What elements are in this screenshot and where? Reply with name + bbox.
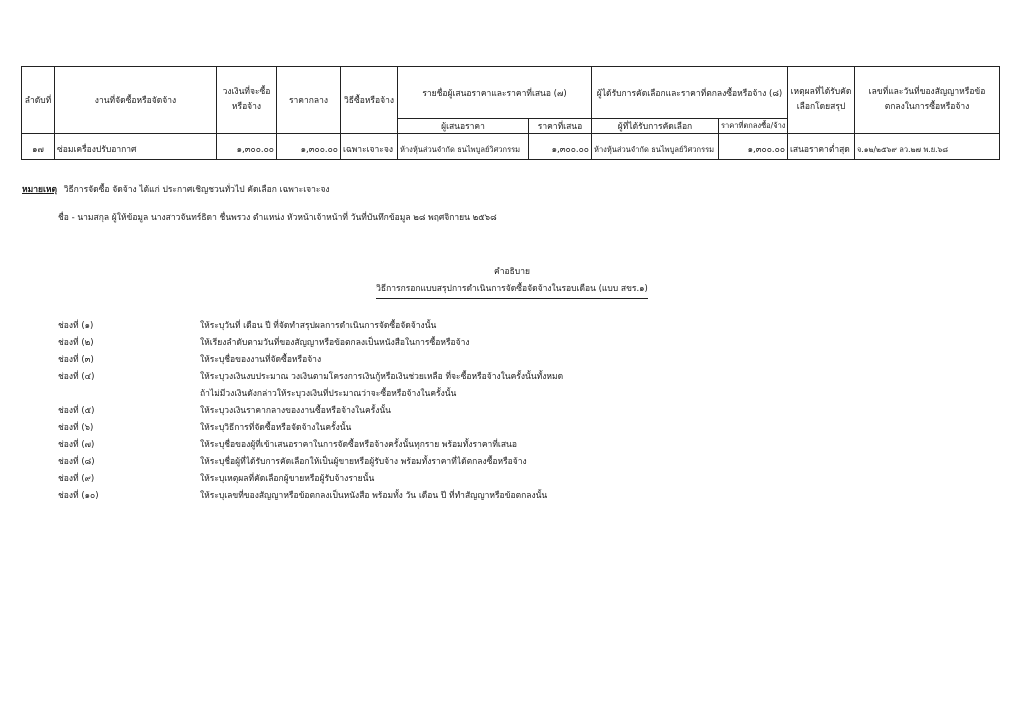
- header-agreed-price: ราคาที่ตกลงซื้อ/จ้าง: [719, 119, 788, 134]
- header-bid-price: ราคาที่เสนอ: [529, 119, 592, 134]
- explanation-item-text: ให้ระบุชื่อผู้ที่ได้รับการคัดเลือกให้เป็…: [200, 454, 527, 468]
- header-method: วิธีซื้อหรือจ้าง: [341, 67, 398, 134]
- notes-text: วิธีการจัดซื้อ จัดจ้าง ได้แก่ ประกาศเชิญ…: [64, 185, 330, 195]
- explanation-item-text: ให้เรียงลำดับตามวันที่ของสัญญาหรือข้อตกล…: [200, 335, 470, 349]
- explanation-item-text: ให้ระบุเหตุผลที่คัดเลือกผู้ขายหรือผู้รับ…: [200, 471, 374, 485]
- explanation-item-label: ช่องที่ (๑): [58, 318, 93, 332]
- cell-bidder: ห้างหุ้นส่วนจำกัด ธนไพบูลย์วิศวกรรม: [398, 134, 529, 160]
- notes-label: หมายเหตุ: [22, 185, 57, 195]
- cell-bid-price: ๑,๓๐๐.๐๐: [529, 134, 592, 160]
- explanation-item-text: ให้ระบุเลขที่ของสัญญาหรือข้อตกลงเป็นหนัง…: [200, 488, 547, 502]
- cell-median-price: ๑,๓๐๐.๐๐: [277, 134, 341, 160]
- explanation-item-label: ช่องที่ (๕): [58, 403, 94, 417]
- explanation-item-text: ถ้าไม่มีวงเงินดังกล่าวให้ระบุวงเงินที่ปร…: [200, 386, 456, 400]
- header-bidder: ผู้เสนอราคา: [398, 119, 529, 134]
- header-selected-group: ผู้ได้รับการคัดเลือกและราคาที่ตกลงซื้อหร…: [592, 67, 788, 119]
- explanation-item-label: ช่องที่ (๖): [58, 420, 93, 434]
- header-bidders-group: รายชื่อผู้เสนอราคาและราคาที่เสนอ (๗): [398, 67, 592, 119]
- explanation-title: คำอธิบาย: [0, 264, 1024, 278]
- explanation-item-label: ช่องที่ (๒): [58, 335, 94, 349]
- explanation-subtitle: วิธีการกรอกแบบสรุปการดำเนินการจัดซื้อจัด…: [0, 281, 1024, 295]
- explanation-item-label: ช่องที่ (๙): [58, 471, 94, 485]
- cell-budget: ๑,๓๐๐.๐๐: [217, 134, 277, 160]
- cell-no: ๑๗: [22, 134, 55, 160]
- recorder-info: ชื่อ - นามสกุล ผู้ให้ข้อมูล นางสาวจันทร์…: [58, 210, 497, 224]
- explanation-item-text: ให้ระบุชื่อของผู้ที่เข้าเสนอราคาในการจัด…: [200, 437, 517, 451]
- header-contract: เลขที่และวันที่ของสัญญาหรือข้อตกลงในการซ…: [855, 67, 1000, 134]
- explanation-subtitle-text: วิธีการกรอกแบบสรุปการดำเนินการจัดซื้อจัด…: [376, 284, 648, 299]
- header-work: งานที่จัดซื้อหรือจัดจ้าง: [55, 67, 217, 134]
- cell-work: ซ่อมเครื่องปรับอากาศ: [55, 134, 217, 160]
- header-median-price: ราคากลาง: [277, 67, 341, 134]
- explanation-item-label: ช่องที่ (๗): [58, 437, 94, 451]
- cell-contract: จ.๑๒/๒๕๖๙ ลว.๒๗ พ.ย.๖๘: [855, 134, 1000, 160]
- cell-reason: เสนอราคาต่ำสุด: [788, 134, 855, 160]
- cell-agreed-price: ๑,๓๐๐.๐๐: [719, 134, 788, 160]
- table-row: ๑๗ ซ่อมเครื่องปรับอากาศ ๑,๓๐๐.๐๐ ๑,๓๐๐.๐…: [22, 134, 1000, 160]
- cell-selected: ห้างหุ้นส่วนจำกัด ธนไพบูลย์วิศวกรรม: [592, 134, 719, 160]
- explanation-item-label: ช่องที่ (๔): [58, 369, 94, 383]
- explanation-item-text: ให้ระบุชื่อของงานที่จัดซื้อหรือจ้าง: [200, 352, 321, 366]
- header-selected: ผู้ที่ได้รับการคัดเลือก: [592, 119, 719, 134]
- explanation-item-text: ให้ระบุวงเงินราคากลางของงานซื้อหรือจ้างใ…: [200, 403, 391, 417]
- procurement-table: ลำดับที่ งานที่จัดซื้อหรือจัดจ้าง วงเงิน…: [21, 66, 1000, 160]
- explanation-item-label: ช่องที่ (๑๐): [58, 488, 99, 502]
- cell-method: เฉพาะเจาะจง: [341, 134, 398, 160]
- header-budget: วงเงินที่จะซื้อหรือจ้าง: [217, 67, 277, 134]
- header-no: ลำดับที่: [22, 67, 55, 134]
- header-reason: เหตุผลที่ได้รับคัดเลือกโดยสรุป: [788, 67, 855, 134]
- explanation-item-text: ให้ระบุวงเงินงบประมาณ วงเงินตามโครงการเง…: [200, 369, 563, 383]
- explanation-item-label: ช่องที่ (๘): [58, 454, 95, 468]
- notes: หมายเหตุ วิธีการจัดซื้อ จัดจ้าง ได้แก่ ป…: [22, 182, 330, 196]
- explanation-item-text: ให้ระบุวิธีการที่จัดซื้อหรือจัดจ้างในครั…: [200, 420, 351, 434]
- explanation-item-text: ให้ระบุวันที่ เดือน ปี ที่จัดทำสรุปผลการ…: [200, 318, 436, 332]
- explanation-item-label: ช่องที่ (๓): [58, 352, 94, 366]
